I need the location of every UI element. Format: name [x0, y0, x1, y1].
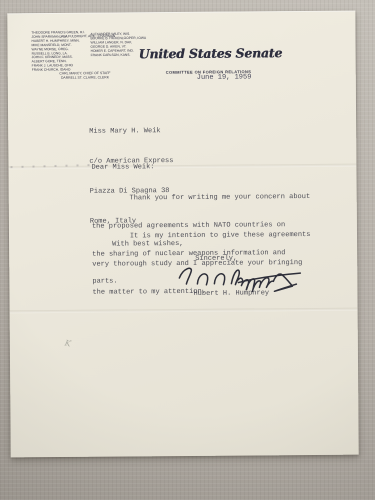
- senate-letterhead-title: United States Senate: [139, 45, 279, 61]
- letter-date: June 19, 1959: [197, 73, 252, 83]
- recipient-name: Miss Mary H. Weik: [89, 126, 173, 137]
- closing-line: With best wishes,: [112, 240, 183, 250]
- letter-paper: J. W. FULBRIGHT, ARK., CHAIRMAN THEODORE…: [7, 11, 358, 458]
- crease-smudge: [10, 164, 98, 168]
- pencil-mark: K: [64, 338, 72, 348]
- photo-of-letter: { "photo": { "background_color": "#b3ada…: [0, 0, 375, 500]
- staff-clerk: DARRELL ST. CLAIRE, CLERK: [59, 76, 110, 80]
- letterhead-staff: CARL MARCY, CHIEF OF STAFF DARRELL ST. C…: [15, 69, 155, 88]
- typed-signature-name: Hubert H. Humphrey: [193, 289, 269, 299]
- salutation: Dear Miss Weik:: [91, 163, 154, 173]
- body-line: Thank you for writing me your concern ab…: [92, 193, 311, 204]
- fold-crease-top: [8, 164, 356, 170]
